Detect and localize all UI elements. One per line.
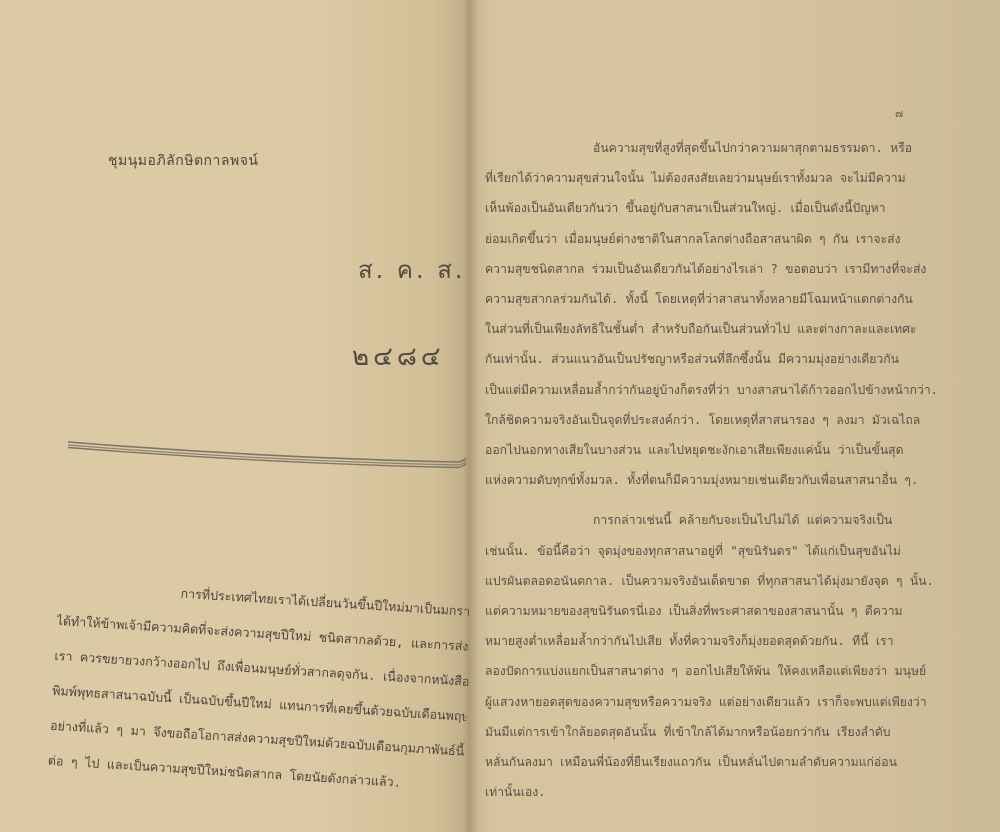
paragraph-line: อันความสุขที่สูงที่สุดขึ้นไปกว่าความผาสุ… <box>485 133 955 163</box>
paragraph-line: ที่เรียกได้ว่าความสุขส่วนใจนั้น ไม่ต้องส… <box>485 163 955 193</box>
paragraph-line: ความสุขสากลร่วมกันได้. ทั้งนี้ โดยเหตุที… <box>485 284 955 314</box>
paragraph-line: ผู้แสวงหายอดสุดของความสุขหรือความจริง แต… <box>485 687 955 717</box>
page-number: ๗ <box>895 104 903 122</box>
dedication-heading: ชุมนุมอภิลักษิตกาลพจน์ <box>108 150 258 172</box>
paragraph-line: มันมีแต่การเข้าใกล้ยอดสุดอันนั้น ที่เข้า… <box>485 717 955 747</box>
paragraph-line: เท่านั้นเอง. <box>485 777 955 807</box>
paragraph-line: ลองปัดการแบ่งแยกเป็นสาสนาต่าง ๆ ออกไปเสี… <box>485 656 955 686</box>
paragraph-line: แต่ความหมายของสุขนิรันดรนี่เอง เป็นสิ่งท… <box>485 596 955 626</box>
double-rule-divider <box>68 440 468 480</box>
greeting-abbreviation: ส. ค. ส. <box>358 250 466 289</box>
paragraph-line: ในส่วนที่เป็นเพียงลัทธิในชั้นต่ำ สำหรับถ… <box>485 314 955 344</box>
paragraph-line: เช่นนั้น. ข้อนี้คือว่า จุดมุ่งของทุกสาสน… <box>485 536 955 566</box>
paragraph-line: ใกล้ชิดความจริงอันเป็นจุดที่ประสงค์กว่า.… <box>485 405 955 435</box>
paragraph-line: แห่งความดับทุกข์ทั้งมวล. ทั้งที่ตนก็มีคว… <box>485 465 955 495</box>
paragraph-line: ย่อมเกิดขึ้นว่า เมื่อมนุษย์ต่างชาติในสาก… <box>485 224 955 254</box>
year-thai-numerals: ๒๔๘๔ <box>352 336 445 377</box>
left-page: ชุมนุมอภิลักษิตกาลพจน์ ส. ค. ส. ๒๔๘๔ การ… <box>0 0 470 832</box>
paragraph-gap <box>485 495 955 505</box>
greeting-paragraph: การที่ประเทศไทยเราได้เปลี่ยนวันขึ้นปีใหม… <box>47 568 470 804</box>
paragraph-line: ออกไปนอกทางเสียในบางส่วน และไปหยุดชะงักเ… <box>485 435 955 465</box>
book-spread: ชุมนุมอภิลักษิตกาลพจน์ ส. ค. ส. ๒๔๘๔ การ… <box>0 0 1000 832</box>
right-page: ๗ อันความสุขที่สูงที่สุดขึ้นไปกว่าความผา… <box>470 0 1000 832</box>
body-text: อันความสุขที่สูงที่สุดขึ้นไปกว่าความผาสุ… <box>485 133 955 807</box>
paragraph-line: การกล่าวเช่นนี้ คล้ายกับจะเป็นไปไม่ได้ แ… <box>485 505 955 535</box>
paragraph-line: กันเท่านั้น. ส่วนแนวอันเป็นปรัชญาหรือส่ว… <box>485 344 955 374</box>
paragraph-line: ความสุขชนิดสากล ร่วมเป็นอันเดียวกันได้อย… <box>485 254 955 284</box>
paragraph-line: หมายสูงต่ำเหลื่อมล้ำกว่ากันไปเสีย ทั้งที… <box>485 626 955 656</box>
paragraph-line: แปรผันตลอดอนันตกาล. เป็นความจริงอันเด็ดข… <box>485 566 955 596</box>
paragraph-line: เห็นพ้องเป็นอันเดียวกันว่า ขึ้นอยู่กับสา… <box>485 193 955 223</box>
paragraph-line: หลั่นกันลงมา เหมือนพี่น้องที่ยืนเรียงแถว… <box>485 747 955 777</box>
paragraph-line: เป็นแต่มีความเหลื่อมล้ำกว่ากันอยู่บ้างก็… <box>485 375 955 405</box>
